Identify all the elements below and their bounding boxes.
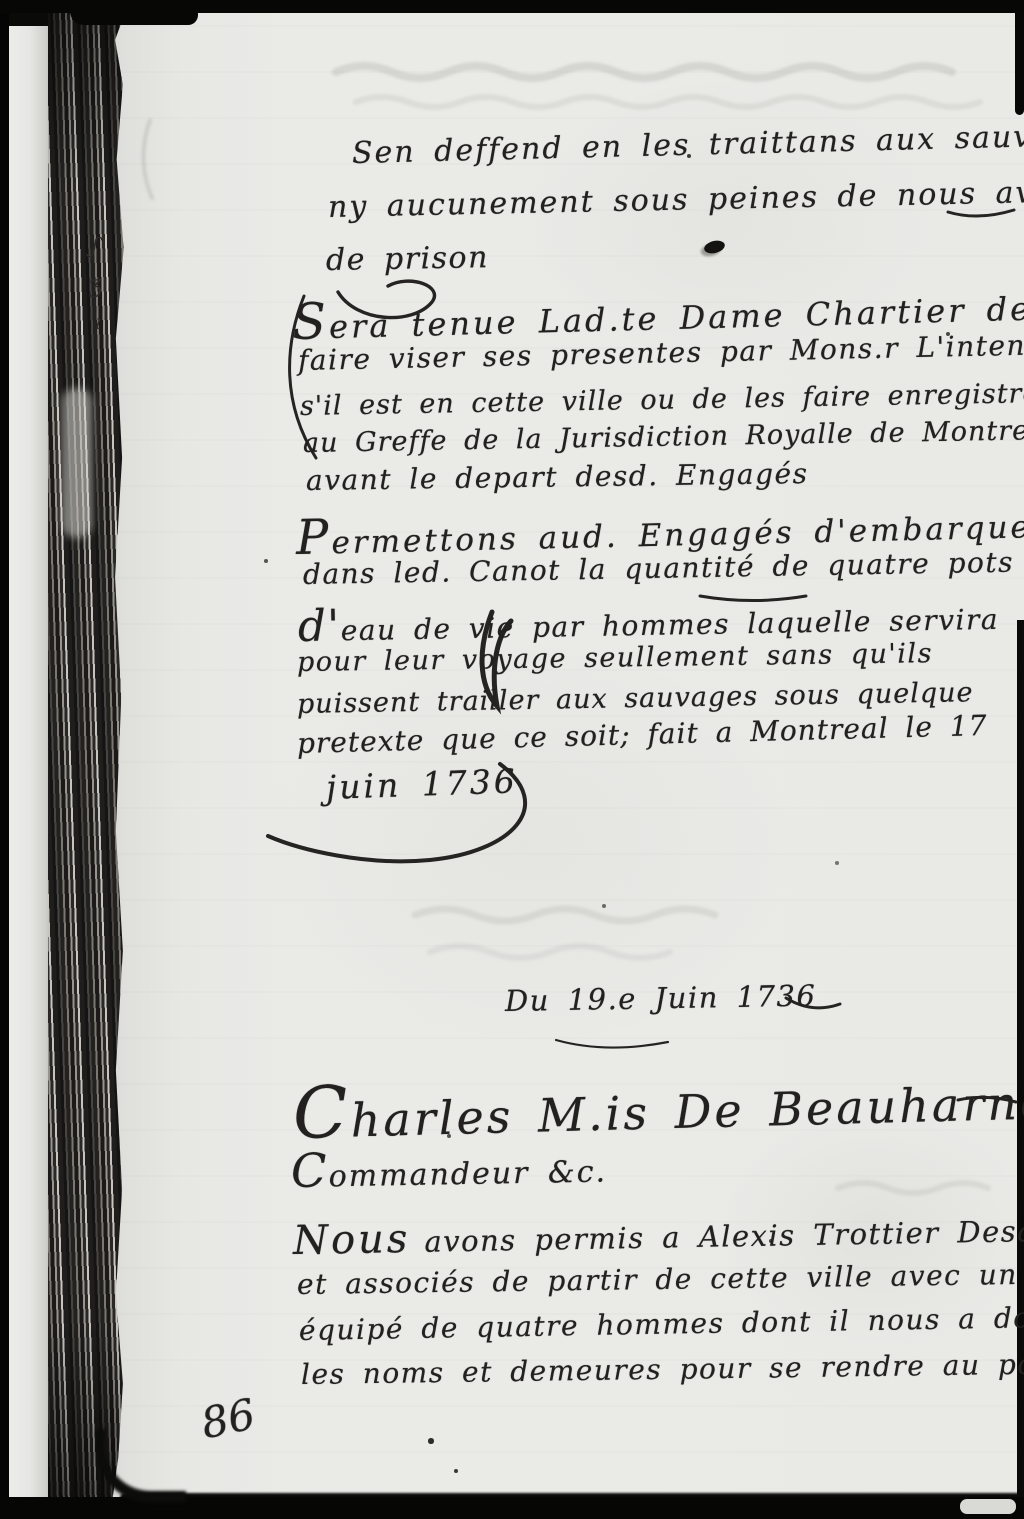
scan-right-top-shadow xyxy=(1015,12,1024,115)
margin-mark: ʒ xyxy=(87,269,103,298)
manuscript-line: juin 1736 xyxy=(325,761,518,807)
scan-top-left-shadow xyxy=(70,0,198,25)
paper-specks xyxy=(0,0,2,2)
manuscript-line: de prison xyxy=(326,240,490,278)
date-heading: Du 19.e Juin 1736 xyxy=(505,979,817,1018)
manuscript-line: avant le depart desd. Engagés xyxy=(306,457,809,497)
binding-highlight xyxy=(62,388,92,538)
book-binding-edge xyxy=(48,10,126,1503)
page-corner-notch xyxy=(960,1499,1016,1514)
manuscript-scan-page: ʃ ʒ ι Sen deffend en les traittans aux s… xyxy=(0,0,1024,1519)
scan-left-margin xyxy=(0,0,9,1519)
initial-word: Nous xyxy=(293,1216,411,1264)
signature-title: Commandeur &c. xyxy=(291,1138,608,1198)
manuscript-line-rest: avons permis a Alexis Trottier Desaunier… xyxy=(424,1212,1024,1258)
